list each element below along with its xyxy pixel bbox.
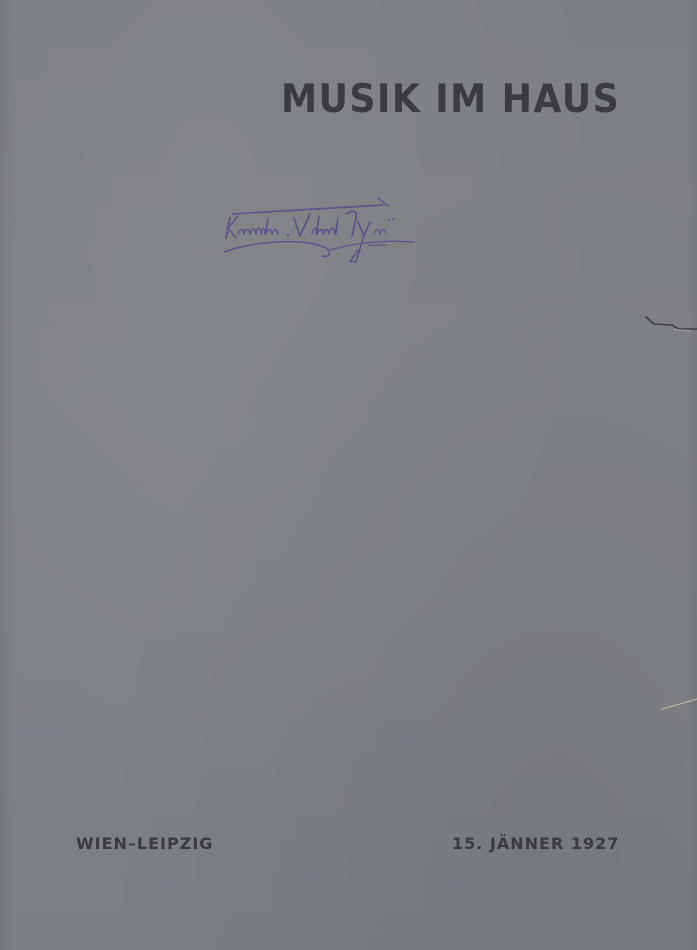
stamp-text: Kapellm. V. Kladsky bbox=[228, 206, 378, 224]
cover-title: MUSIK IM HAUS bbox=[281, 80, 620, 119]
paper-crease bbox=[640, 310, 697, 335]
magazine-cover: MUSIK IM HAUS bbox=[0, 0, 697, 950]
signature-icon bbox=[218, 192, 418, 267]
paper-crease bbox=[660, 695, 697, 715]
publication-date: 15. JÄNNER 1927 bbox=[452, 836, 619, 852]
ink-stamp-signature: Kapellm. V. Kladsky bbox=[218, 192, 418, 267]
publication-place: WIEN–LEIPZIG bbox=[76, 836, 213, 852]
